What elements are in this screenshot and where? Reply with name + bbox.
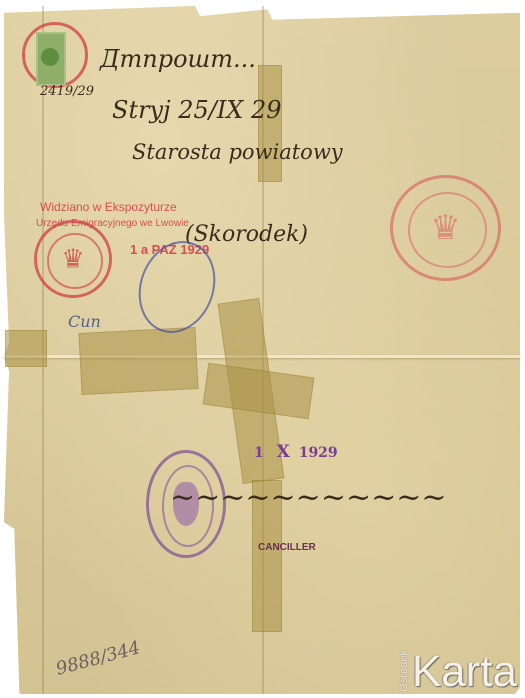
watermark-big: Karta [412,652,517,692]
eagle-icon: ♛ [430,208,460,248]
eagle-icon: ♛ [61,244,84,275]
consul-signature: ~~~~~~~~~~~ [170,480,447,515]
tape-strip [5,330,47,367]
handwriting-line-3: Starosta powiatowy [132,140,343,164]
red-seal-eagle-right: ♛ [390,175,501,281]
date-month: X [277,442,290,462]
canciller-title: CANCILLER [258,542,316,553]
handwriting-line-2: Stryj 25/IX 29 [112,96,282,124]
red-seal-eagle-left: ♛ [34,220,112,298]
stamp-number: 2419/29 [40,84,94,99]
consulate-date: 1 X 1929 [254,442,338,462]
pencil-note: Cun [68,312,101,331]
date-day: 1 [254,445,264,461]
handwriting-line-1: Дтпрошт... [100,45,256,73]
karta-watermark: Ośrodek Karta [398,650,517,692]
signature-middle: (Skorodek) [185,222,308,247]
date-year: 1929 [299,445,338,461]
tape-strip [78,327,198,395]
watermark-small: Ośrodek [398,650,410,692]
stamp-line-1: Widziano w Ekspozyturze [40,200,177,214]
revenue-stamp [36,32,66,86]
